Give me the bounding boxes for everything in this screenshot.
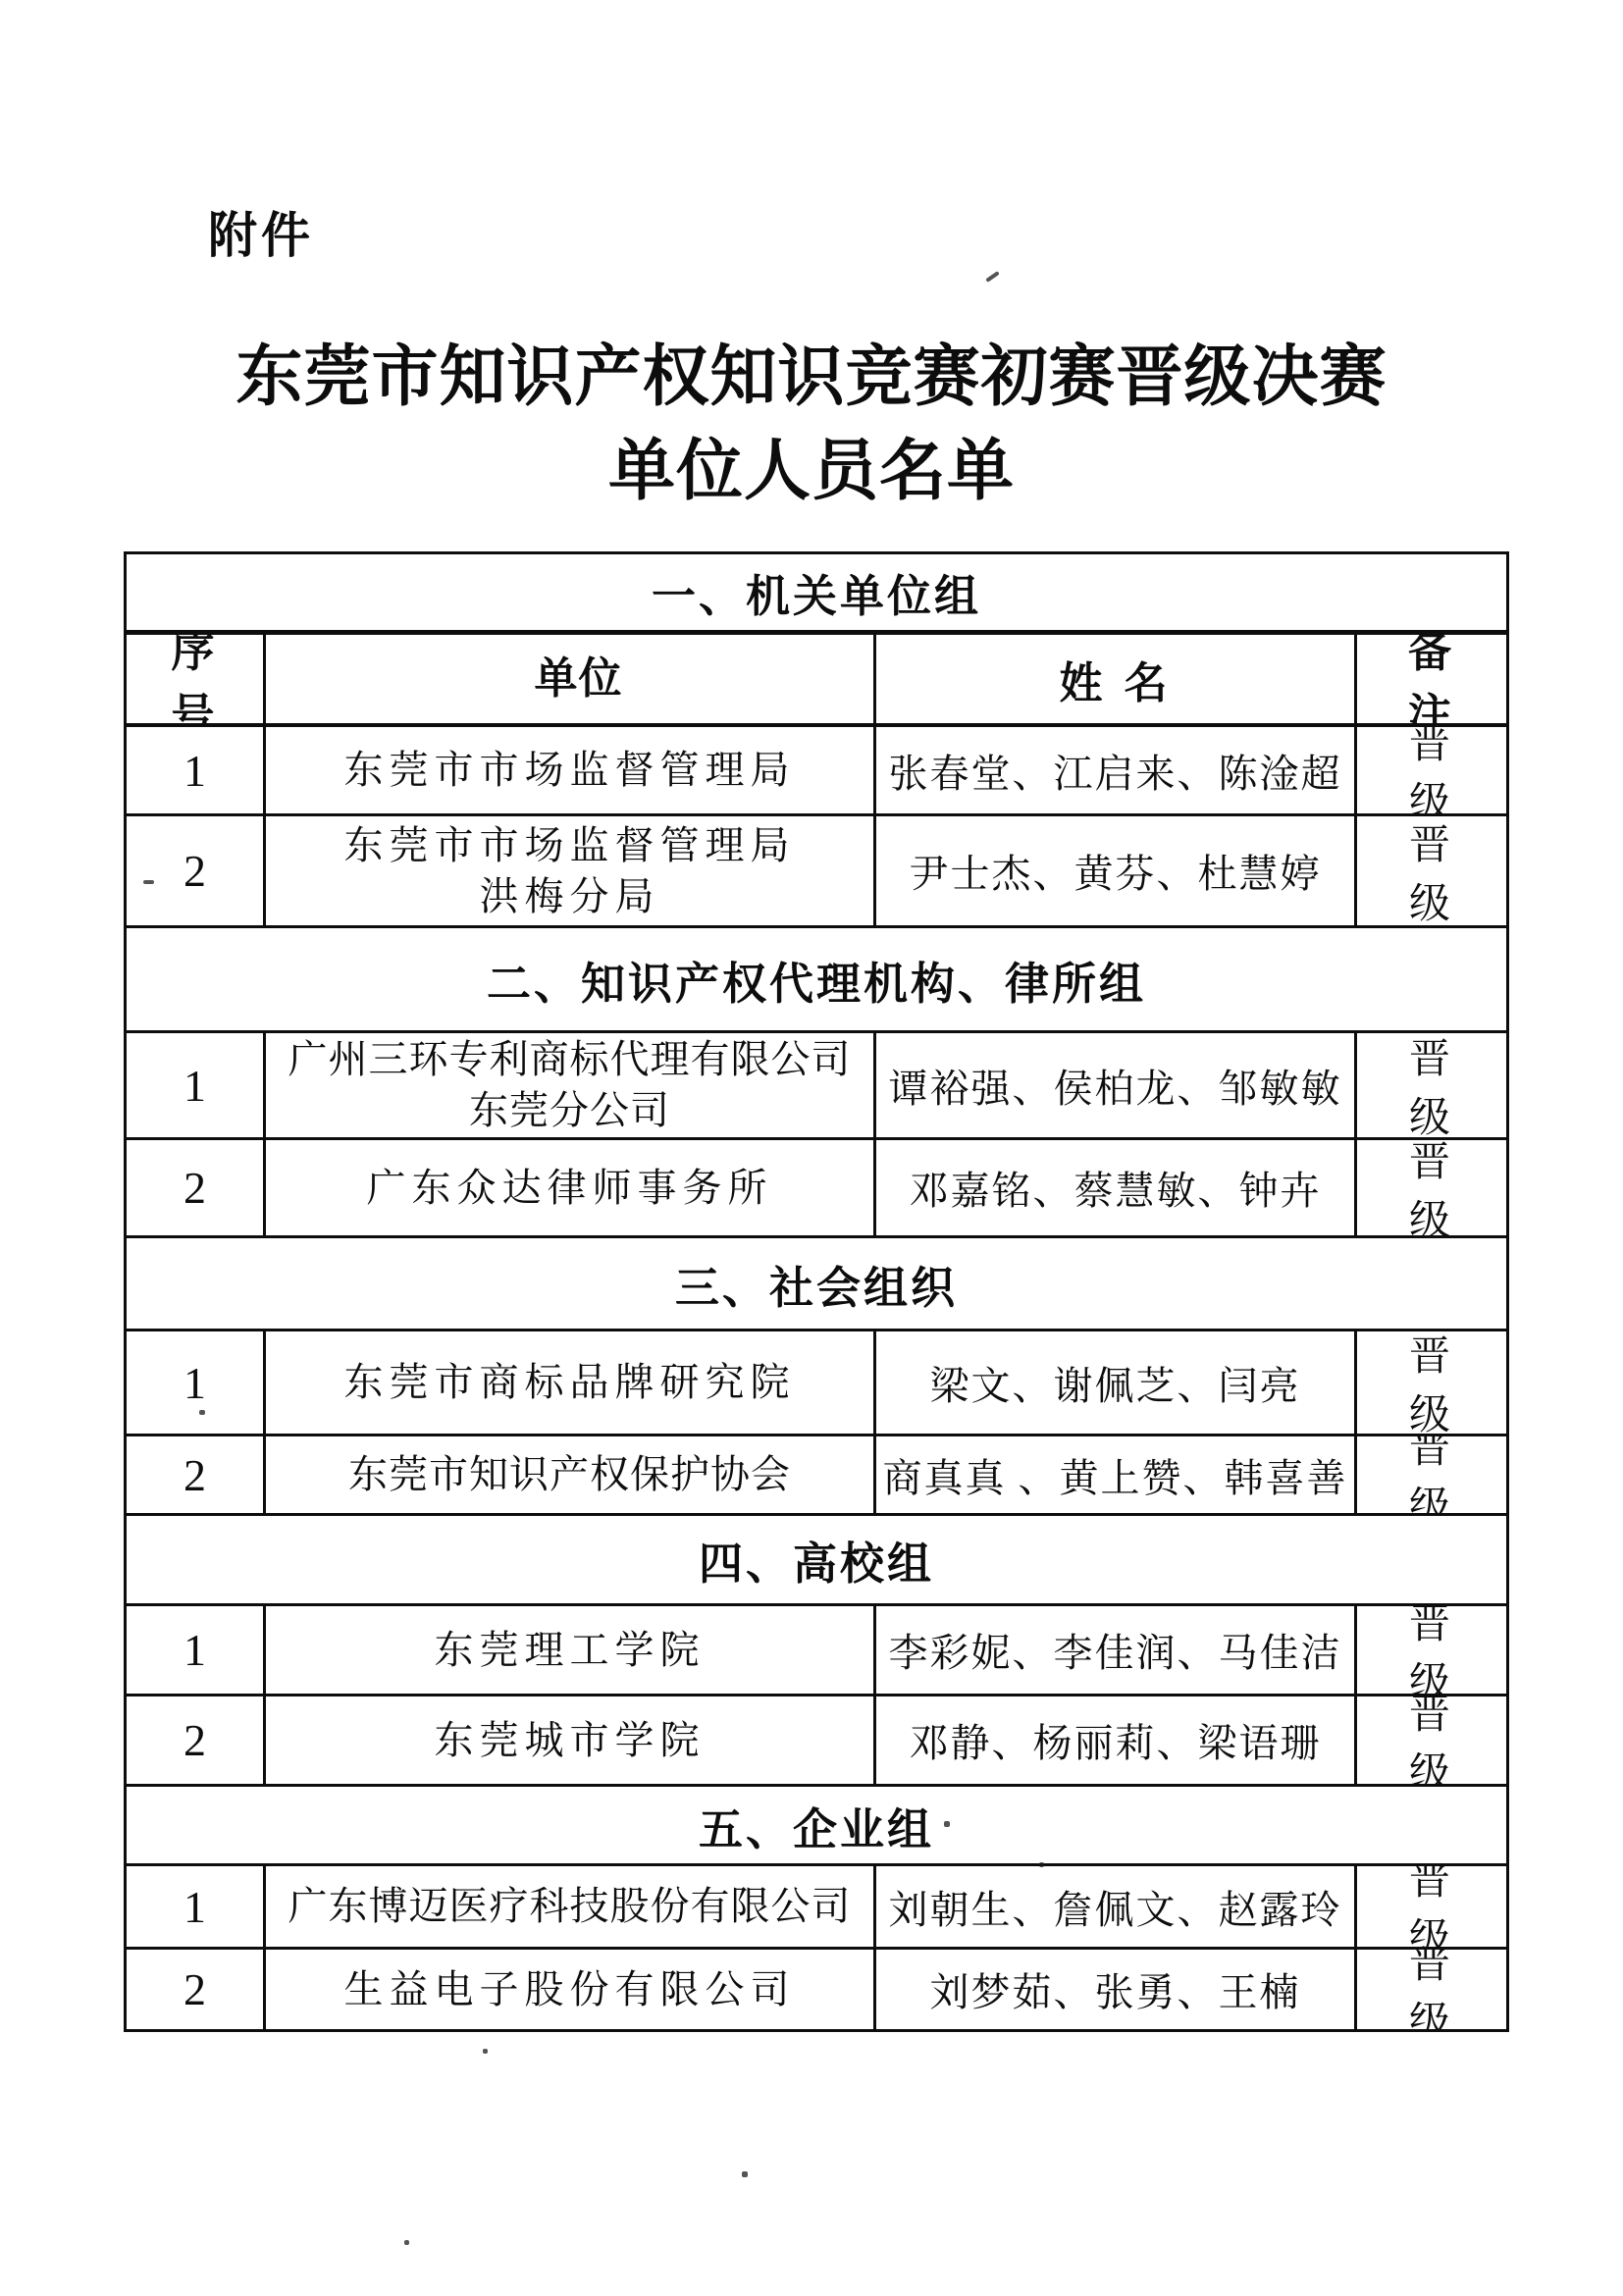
unit-cell: 东莞市市场监督管理局 (263, 727, 873, 813)
row-number-cell: 1 (127, 1866, 263, 1947)
unit-name: 东莞理工学院 (435, 1628, 706, 1672)
col-header-remark: 备注 (1354, 635, 1506, 723)
scan-speck (985, 271, 1000, 283)
section-header-row: 四、高校组 (127, 1513, 1506, 1603)
names-cell: 谭裕强、侯柏龙、邹敏敏 (873, 1033, 1354, 1137)
section-header-row: 五、企业组 (127, 1784, 1506, 1863)
unit-name: 广东博迈医疗科技股份有限公司 (288, 1884, 852, 1928)
col-header-no: 序号 (127, 635, 263, 723)
names-cell: 商真真 、黄上赞、韩喜善 (873, 1436, 1354, 1513)
unit-cell: 东莞市知识产权保护协会 (263, 1436, 873, 1513)
table-row: 1东莞市商标品牌研究院梁文、谢佩芝、闫亮晋级 (127, 1329, 1506, 1434)
document-title-line2: 单位人员名单 (0, 424, 1623, 518)
section-title: 三、社会组织 (127, 1238, 1506, 1329)
names-cell: 尹士杰、黄芬、杜慧婷 (873, 816, 1354, 925)
unit-name: 广州三环专利商标代理有限公司 (288, 1037, 852, 1081)
names-cell: 刘朝生、詹佩文、赵露玲 (873, 1866, 1354, 1947)
unit-name: 广东众达律师事务所 (367, 1166, 773, 1210)
table-row: 2东莞城市学院邓静、杨丽莉、梁语珊晋级 (127, 1694, 1506, 1784)
remark-cell: 晋级 (1354, 1606, 1506, 1694)
section-title: 四、高校组 (127, 1516, 1506, 1603)
row-number-cell: 1 (127, 727, 263, 813)
scan-speck (404, 2240, 409, 2245)
names-cell: 张春堂、江启来、陈淦超 (873, 727, 1354, 813)
roster-table: 一、机关单位组序号单位姓名备注1东莞市市场监督管理局张春堂、江启来、陈淦超晋级2… (124, 551, 1509, 2032)
table-row: 1东莞市市场监督管理局张春堂、江启来、陈淦超晋级 (127, 723, 1506, 813)
remark-cell: 晋级 (1354, 727, 1506, 813)
section-header-row: 三、社会组织 (127, 1235, 1506, 1329)
unit-cell: 广东博迈医疗科技股份有限公司 (263, 1866, 873, 1947)
unit-cell: 东莞理工学院 (263, 1606, 873, 1694)
table-row: 1广东博迈医疗科技股份有限公司刘朝生、詹佩文、赵露玲晋级 (127, 1863, 1506, 1947)
unit-name: 东莞市知识产权保护协会 (348, 1452, 791, 1496)
row-number-cell: 1 (127, 1331, 263, 1434)
table-row: 2生益电子股份有限公司刘梦茹、张勇、王楠晋级 (127, 1947, 1506, 2029)
section-header-row: 一、机关单位组 (127, 554, 1506, 630)
unit-name: 东莞市市场监督管理局 (344, 748, 796, 792)
section-title: 一、机关单位组 (127, 554, 1506, 630)
unit-cell: 广东众达律师事务所 (263, 1140, 873, 1235)
unit-cell: 生益电子股份有限公司 (263, 1950, 873, 2029)
col-header-names: 姓名 (873, 635, 1354, 723)
row-number-cell: 1 (127, 1033, 263, 1137)
remark-cell: 晋级 (1354, 1436, 1506, 1513)
names-cell: 邓嘉铭、蔡慧敏、钟卉 (873, 1140, 1354, 1235)
row-number-cell: 2 (127, 1436, 263, 1513)
remark-cell: 晋级 (1354, 1331, 1506, 1434)
names-cell: 刘梦茹、张勇、王楠 (873, 1950, 1354, 2029)
unit-cell: 东莞市商标品牌研究院 (263, 1331, 873, 1434)
document-title-line1: 东莞市知识产权知识竞赛初赛晋级决赛 (0, 330, 1623, 424)
document-page: 附件 东莞市知识产权知识竞赛初赛晋级决赛 单位人员名单 一、机关单位组序号单位姓… (0, 0, 1623, 2296)
unit-cell: 东莞市市场监督管理局洪梅分局 (263, 816, 873, 925)
scan-speck (143, 880, 154, 884)
column-header-row: 序号单位姓名备注 (127, 630, 1506, 723)
names-cell: 邓静、杨丽莉、梁语珊 (873, 1696, 1354, 1784)
remark-cell: 晋级 (1354, 1950, 1506, 2029)
names-cell: 梁文、谢佩芝、闫亮 (873, 1331, 1354, 1434)
document-title: 东莞市知识产权知识竞赛初赛晋级决赛 单位人员名单 (0, 330, 1623, 518)
table-row: 1东莞理工学院李彩妮、李佳润、马佳洁晋级 (127, 1603, 1506, 1694)
remark-cell: 晋级 (1354, 1033, 1506, 1137)
row-number-cell: 2 (127, 816, 263, 925)
scan-speck (483, 2049, 488, 2054)
table-row: 2东莞市知识产权保护协会商真真 、黄上赞、韩喜善晋级 (127, 1434, 1506, 1513)
scan-speck (199, 1410, 205, 1415)
unit-name: 东莞市市场监督管理局 (344, 823, 796, 867)
row-number-cell: 2 (127, 1950, 263, 2029)
table-row: 2广东众达律师事务所邓嘉铭、蔡慧敏、钟卉晋级 (127, 1137, 1506, 1235)
scan-speck (944, 1821, 950, 1827)
remark-cell: 晋级 (1354, 1696, 1506, 1784)
remark-cell: 晋级 (1354, 1866, 1506, 1947)
row-number-cell: 1 (127, 1606, 263, 1694)
unit-name: 生益电子股份有限公司 (344, 1967, 796, 2011)
row-number-cell: 2 (127, 1140, 263, 1235)
row-number-cell: 2 (127, 1696, 263, 1784)
attachment-label: 附件 (208, 196, 314, 267)
remark-cell: 晋级 (1354, 816, 1506, 925)
remark-cell: 晋级 (1354, 1140, 1506, 1235)
unit-cell: 广州三环专利商标代理有限公司东莞分公司 (263, 1033, 873, 1137)
unit-name: 东莞城市学院 (435, 1718, 706, 1762)
table-row: 1广州三环专利商标代理有限公司东莞分公司谭裕强、侯柏龙、邹敏敏晋级 (127, 1030, 1506, 1137)
names-cell: 李彩妮、李佳润、马佳洁 (873, 1606, 1354, 1694)
unit-name-line2: 东莞分公司 (288, 1085, 852, 1136)
scan-speck (742, 2171, 748, 2177)
section-title: 五、企业组 (127, 1787, 1506, 1863)
col-header-unit: 单位 (263, 635, 873, 723)
scan-speck (1039, 1862, 1044, 1867)
unit-name: 东莞市商标品牌研究院 (344, 1360, 796, 1404)
table-row: 2东莞市市场监督管理局洪梅分局尹士杰、黄芬、杜慧婷晋级 (127, 813, 1506, 925)
section-header-row: 二、知识产权代理机构、律所组 (127, 925, 1506, 1030)
section-title: 二、知识产权代理机构、律所组 (127, 928, 1506, 1030)
unit-name-line2: 洪梅分局 (344, 871, 796, 922)
unit-cell: 东莞城市学院 (263, 1696, 873, 1784)
